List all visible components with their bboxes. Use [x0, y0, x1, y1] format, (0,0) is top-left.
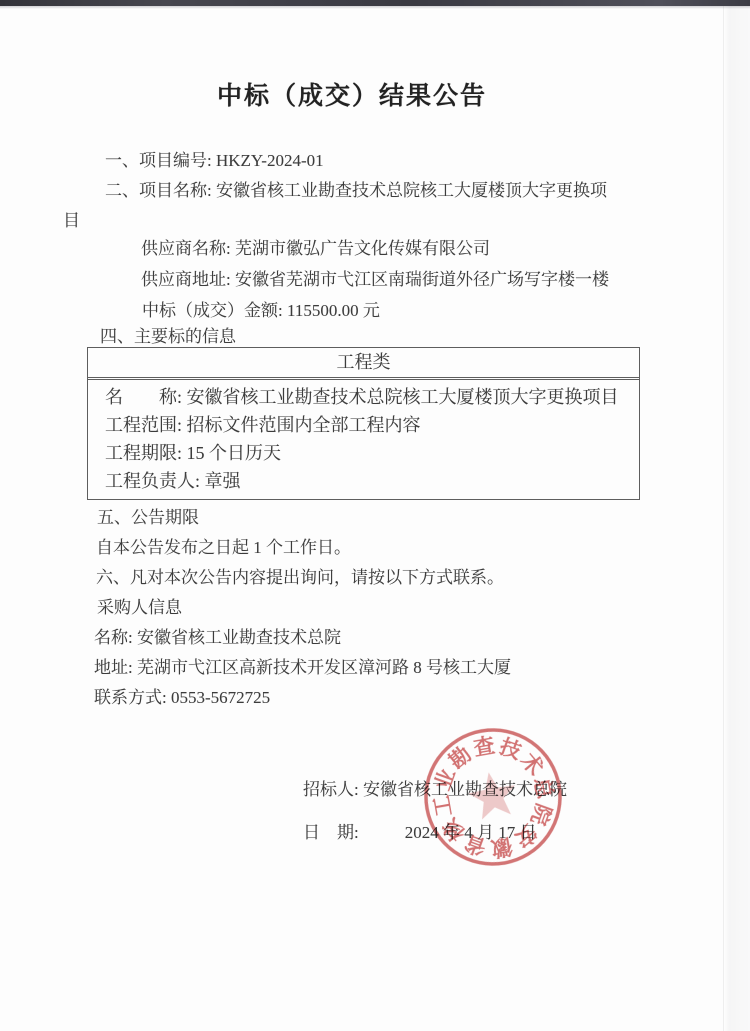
- supplier-address-line: 供应商地址: 安徽省芜湖市弋江区南瑞街道外径广场写字楼一楼: [141, 265, 609, 295]
- section-6-heading: 六、凡对本次公告内容提出询问，请按以下方式联系。: [96, 563, 504, 593]
- scanner-edge-top-fade: [0, 6, 750, 9]
- page-title: 中标（成交）结果公告: [0, 76, 704, 112]
- table-row-duration: 工程期限: 15 个日历天: [105, 439, 631, 467]
- purchaser-name-line: 名称: 安徽省核工业勘查技术总院: [94, 623, 341, 653]
- project-number-line: 一、项目编号: HKZY-2024-01: [105, 146, 324, 176]
- project-name-line: 二、项目名称: 安徽省核工业勘查技术总院核工大厦楼顶大字更换项目: [63, 176, 621, 236]
- table-row-scope: 工程范围: 招标文件范围内全部工程内容: [105, 411, 631, 439]
- table-header-cell: 工程类: [88, 348, 639, 380]
- table-row-manager: 工程负责人: 章强: [105, 467, 631, 495]
- bid-info-table: 工程类 名 称: 安徽省核工业勘查技术总院核工大厦楼顶大字更换项目 工程范围: …: [87, 347, 640, 500]
- document-page: 中标（成交）结果公告 一、项目编号: HKZY-2024-01 二、项目名称: …: [0, 0, 750, 1031]
- date-value: 2024 年 4 月 17 日: [405, 818, 537, 848]
- table-row-name: 名 称: 安徽省核工业勘查技术总院核工大厦楼顶大字更换项目: [105, 383, 631, 411]
- supplier-name-line: 供应商名称: 芜湖市徽弘广告文化传媒有限公司: [141, 234, 490, 264]
- date-line: 日 期:2024 年 4 月 17 日: [303, 818, 536, 848]
- svg-text:勘: 勘: [444, 742, 476, 774]
- svg-text:技: 技: [496, 734, 524, 764]
- table-body: 名 称: 安徽省核工业勘查技术总院核工大厦楼顶大字更换项目 工程范围: 招标文件…: [88, 380, 639, 499]
- purchaser-info-heading: 采购人信息: [97, 593, 182, 623]
- page-edge-shadow-right: [723, 6, 750, 1031]
- announcement-period-line: 自本公告发布之日起 1 个工作日。: [96, 533, 351, 563]
- section-5-heading: 五、公告期限: [97, 503, 199, 533]
- purchaser-contact-line: 联系方式: 0553-5672725: [94, 683, 270, 713]
- svg-text:查: 查: [472, 733, 497, 760]
- purchaser-address-line: 地址: 芜湖市弋江区高新技术开发区漳河路 8 号核工大厦: [94, 653, 511, 683]
- bidder-line: 招标人: 安徽省核工业勘查技术总院: [303, 775, 567, 805]
- date-label: 日 期:: [303, 823, 359, 842]
